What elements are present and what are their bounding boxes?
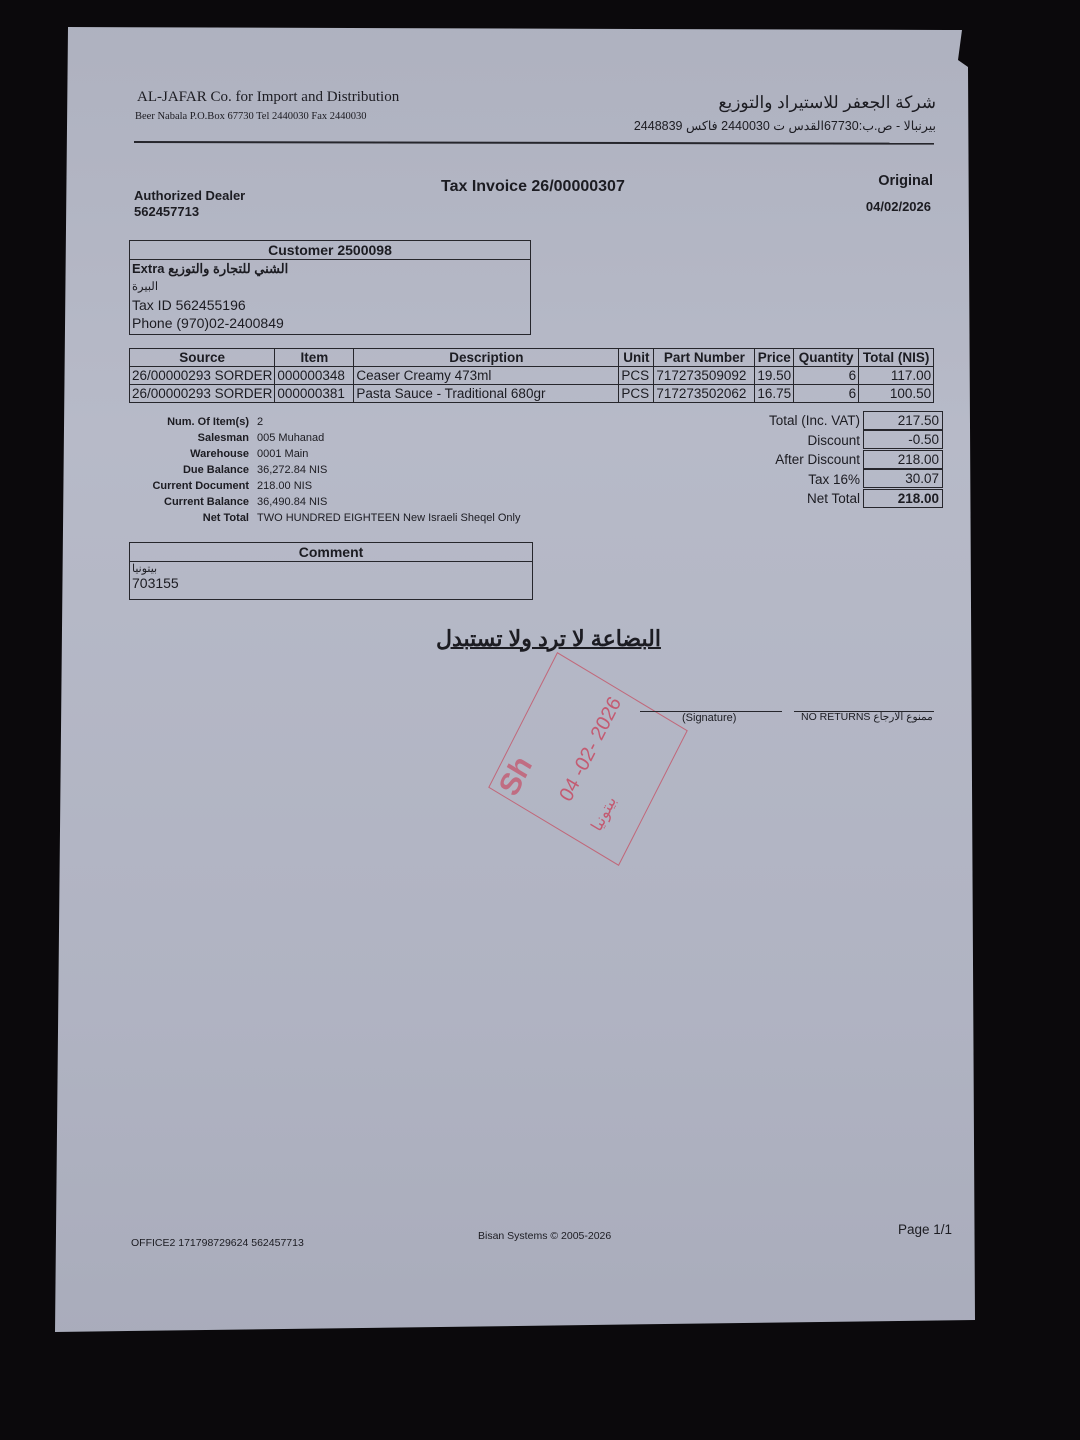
footer-page-number: Page 1/1 — [898, 1222, 952, 1237]
summary-label: Salesman — [135, 430, 257, 446]
cell-unit: PCS — [619, 385, 654, 403]
copy-type: Original — [878, 173, 933, 189]
summary-label: Current Balance — [135, 494, 257, 510]
customer-box: Customer 2500098 Extra الشني للتجارة وال… — [129, 240, 531, 335]
company-name-ar: شركة الجعفر للاستيراد والتوزيع — [718, 93, 936, 113]
totals-block: Total (Inc. VAT)217.50 Discount-0.50 Aft… — [700, 411, 943, 509]
summary-row: Net TotalTWO HUNDRED EIGHTEEN New Israel… — [135, 510, 520, 526]
totals-row: After Discount218.00 — [700, 450, 943, 470]
cell-quantity: 6 — [794, 385, 859, 403]
no-return-notice: البضاعة لا ترد ولا تستبدل — [436, 626, 661, 652]
summary-row: Current Document218.00 NIS — [135, 478, 520, 494]
stamp-city: بيتونيا — [587, 792, 621, 835]
totals-value: 30.07 — [863, 469, 943, 488]
summary-row: Salesman005 Muhanad — [135, 430, 520, 446]
invoice-summary: Num. Of Item(s)2 Salesman005 Muhanad War… — [135, 414, 520, 526]
invoice-title: Tax Invoice 26/00000307 — [441, 178, 625, 196]
footer-copyright: Bisan Systems © 2005-2026 — [478, 1230, 611, 1242]
table-row: 26/00000293 SORDER 000000381 Pasta Sauce… — [130, 385, 934, 403]
summary-value: 218.00 NIS — [257, 478, 312, 494]
summary-value: 36,272.84 NIS — [257, 462, 327, 478]
summary-value: TWO HUNDRED EIGHTEEN New Israeli Sheqel … — [257, 510, 520, 526]
col-unit: Unit — [619, 349, 654, 367]
col-item: Item — [275, 349, 354, 367]
customer-phone: Phone (970)02-2400849 — [130, 314, 530, 332]
totals-label: Total (Inc. VAT) — [700, 413, 863, 428]
summary-label: Warehouse — [135, 446, 257, 462]
summary-row: Current Balance36,490.84 NIS — [135, 494, 520, 510]
cell-part-number: 717273509092 — [654, 367, 755, 385]
totals-row: Tax 16%30.07 — [700, 470, 943, 490]
cell-quantity: 6 — [794, 367, 859, 385]
col-part-number: Part Number — [654, 349, 755, 367]
cell-price: 19.50 — [755, 367, 794, 385]
net-total-value: 218.00 — [863, 489, 943, 508]
signature-label: (Signature) — [682, 712, 736, 724]
summary-value: 2 — [257, 414, 263, 430]
col-description: Description — [354, 349, 619, 367]
cell-source: 26/00000293 SORDER — [130, 385, 275, 403]
summary-label: Num. Of Item(s) — [135, 414, 257, 430]
col-price: Price — [755, 349, 794, 367]
cell-source: 26/00000293 SORDER — [130, 367, 275, 385]
items-header-row: Source Item Description Unit Part Number… — [130, 349, 934, 367]
summary-label: Current Document — [135, 478, 257, 494]
comment-line-1: بيتونيا — [130, 562, 532, 575]
customer-city: البيرة — [130, 278, 530, 296]
cell-unit: PCS — [619, 367, 654, 385]
totals-label: After Discount — [700, 452, 863, 467]
cell-total: 117.00 — [859, 367, 934, 385]
cell-item: 000000381 — [275, 385, 354, 403]
summary-value: 36,490.84 NIS — [257, 494, 327, 510]
customer-title: Customer 2500098 — [130, 241, 530, 260]
company-name-en: AL-JAFAR Co. for Import and Distribution — [137, 89, 399, 106]
summary-value: 0001 Main — [257, 446, 308, 462]
totals-label: Net Total — [700, 491, 863, 506]
cell-item: 000000348 — [275, 367, 354, 385]
summary-row: Due Balance36,272.84 NIS — [135, 462, 520, 478]
totals-value: 217.50 — [863, 411, 943, 430]
col-total: Total (NIS) — [859, 349, 934, 367]
footer-office-id: OFFICE2 171798729624 562457713 — [131, 1237, 304, 1249]
summary-label: Net Total — [135, 510, 257, 526]
table-row: 26/00000293 SORDER 000000348 Ceaser Crea… — [130, 367, 934, 385]
totals-label: Tax 16% — [700, 472, 863, 487]
cell-description: Ceaser Creamy 473ml — [354, 367, 619, 385]
dealer-number: 562457713 — [134, 204, 199, 219]
invoice-date: 04/02/2026 — [866, 199, 931, 214]
customer-tax-id: Tax ID 562455196 — [130, 296, 530, 314]
summary-value: 005 Muhanad — [257, 430, 324, 446]
summary-label: Due Balance — [135, 462, 257, 478]
comment-line-2: 703155 — [130, 575, 532, 591]
company-address-en: Beer Nabala P.O.Box 67730 Tel 2440030 Fa… — [135, 111, 367, 122]
totals-value: -0.50 — [863, 430, 943, 449]
comment-box: Comment بيتونيا 703155 — [129, 542, 533, 600]
totals-row: Net Total218.00 — [700, 489, 943, 509]
cell-part-number: 717273502062 — [654, 385, 755, 403]
items-table: Source Item Description Unit Part Number… — [129, 348, 934, 403]
no-returns-label: NO RETURNS ممنوع الارجاع — [801, 711, 933, 723]
customer-name: Extra الشني للتجارة والتوزيع — [130, 260, 530, 278]
summary-row: Warehouse0001 Main — [135, 446, 520, 462]
dealer-label: Authorized Dealer — [134, 188, 245, 203]
summary-row: Num. Of Item(s)2 — [135, 414, 520, 430]
col-quantity: Quantity — [794, 349, 859, 367]
totals-label: Discount — [700, 433, 863, 448]
cell-price: 16.75 — [755, 385, 794, 403]
totals-value: 218.00 — [863, 450, 943, 469]
comment-title: Comment — [130, 543, 532, 562]
cell-description: Pasta Sauce - Traditional 680gr — [354, 385, 619, 403]
col-source: Source — [130, 349, 275, 367]
totals-row: Total (Inc. VAT)217.50 — [700, 411, 943, 431]
stamp-date: 04 -02- 2026 — [555, 693, 626, 806]
totals-row: Discount-0.50 — [700, 431, 943, 451]
cell-total: 100.50 — [859, 385, 934, 403]
company-address-ar: بيرنبالا - ص.ب:67730القدس ت 2440030 فاكس… — [634, 118, 936, 133]
